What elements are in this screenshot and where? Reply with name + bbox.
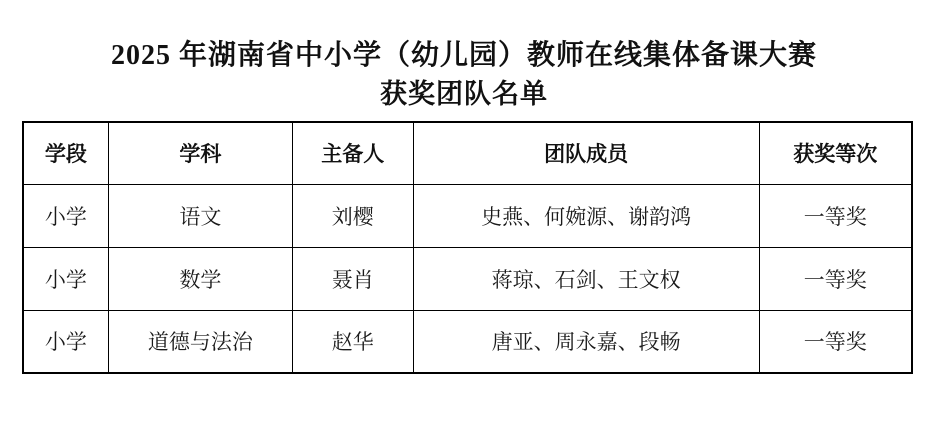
award-table: 学段 学科 主备人 团队成员 获奖等次 小学 语文 刘樱 史燕、何婉源、谢韵鸿 …	[22, 121, 913, 374]
cell-lead-preparer: 赵华	[292, 310, 413, 373]
cell-award-level: 一等奖	[759, 247, 912, 310]
cell-stage: 小学	[23, 310, 108, 373]
cell-subject: 数学	[108, 247, 292, 310]
table-row: 小学 语文 刘樱 史燕、何婉源、谢韵鸿 一等奖	[23, 184, 912, 247]
table-header-row: 学段 学科 主备人 团队成员 获奖等次	[23, 122, 912, 184]
header-team-members: 团队成员	[413, 122, 759, 184]
table-row: 小学 数学 聂肖 蒋琼、石剑、王文权 一等奖	[23, 247, 912, 310]
cell-team-members: 史燕、何婉源、谢韵鸿	[413, 184, 759, 247]
title-line-2: 获奖团队名单	[0, 76, 928, 112]
cell-lead-preparer: 聂肖	[292, 247, 413, 310]
cell-stage: 小学	[23, 247, 108, 310]
cell-subject: 道德与法治	[108, 310, 292, 373]
table-row: 小学 道德与法治 赵华 唐亚、周永嘉、段畅 一等奖	[23, 310, 912, 373]
cell-award-level: 一等奖	[759, 184, 912, 247]
cell-team-members: 蒋琼、石剑、王文权	[413, 247, 759, 310]
document-title: 2025 年湖南省中小学（幼儿园）教师在线集体备课大赛 获奖团队名单	[0, 0, 928, 112]
header-subject: 学科	[108, 122, 292, 184]
cell-lead-preparer: 刘樱	[292, 184, 413, 247]
cell-subject: 语文	[108, 184, 292, 247]
cell-stage: 小学	[23, 184, 108, 247]
header-stage: 学段	[23, 122, 108, 184]
cell-award-level: 一等奖	[759, 310, 912, 373]
cell-team-members: 唐亚、周永嘉、段畅	[413, 310, 759, 373]
document-page: 2025 年湖南省中小学（幼儿园）教师在线集体备课大赛 获奖团队名单 学段 学科…	[0, 0, 928, 432]
header-lead-preparer: 主备人	[292, 122, 413, 184]
header-award-level: 获奖等次	[759, 122, 912, 184]
title-line-1: 2025 年湖南省中小学（幼儿园）教师在线集体备课大赛	[0, 36, 928, 76]
